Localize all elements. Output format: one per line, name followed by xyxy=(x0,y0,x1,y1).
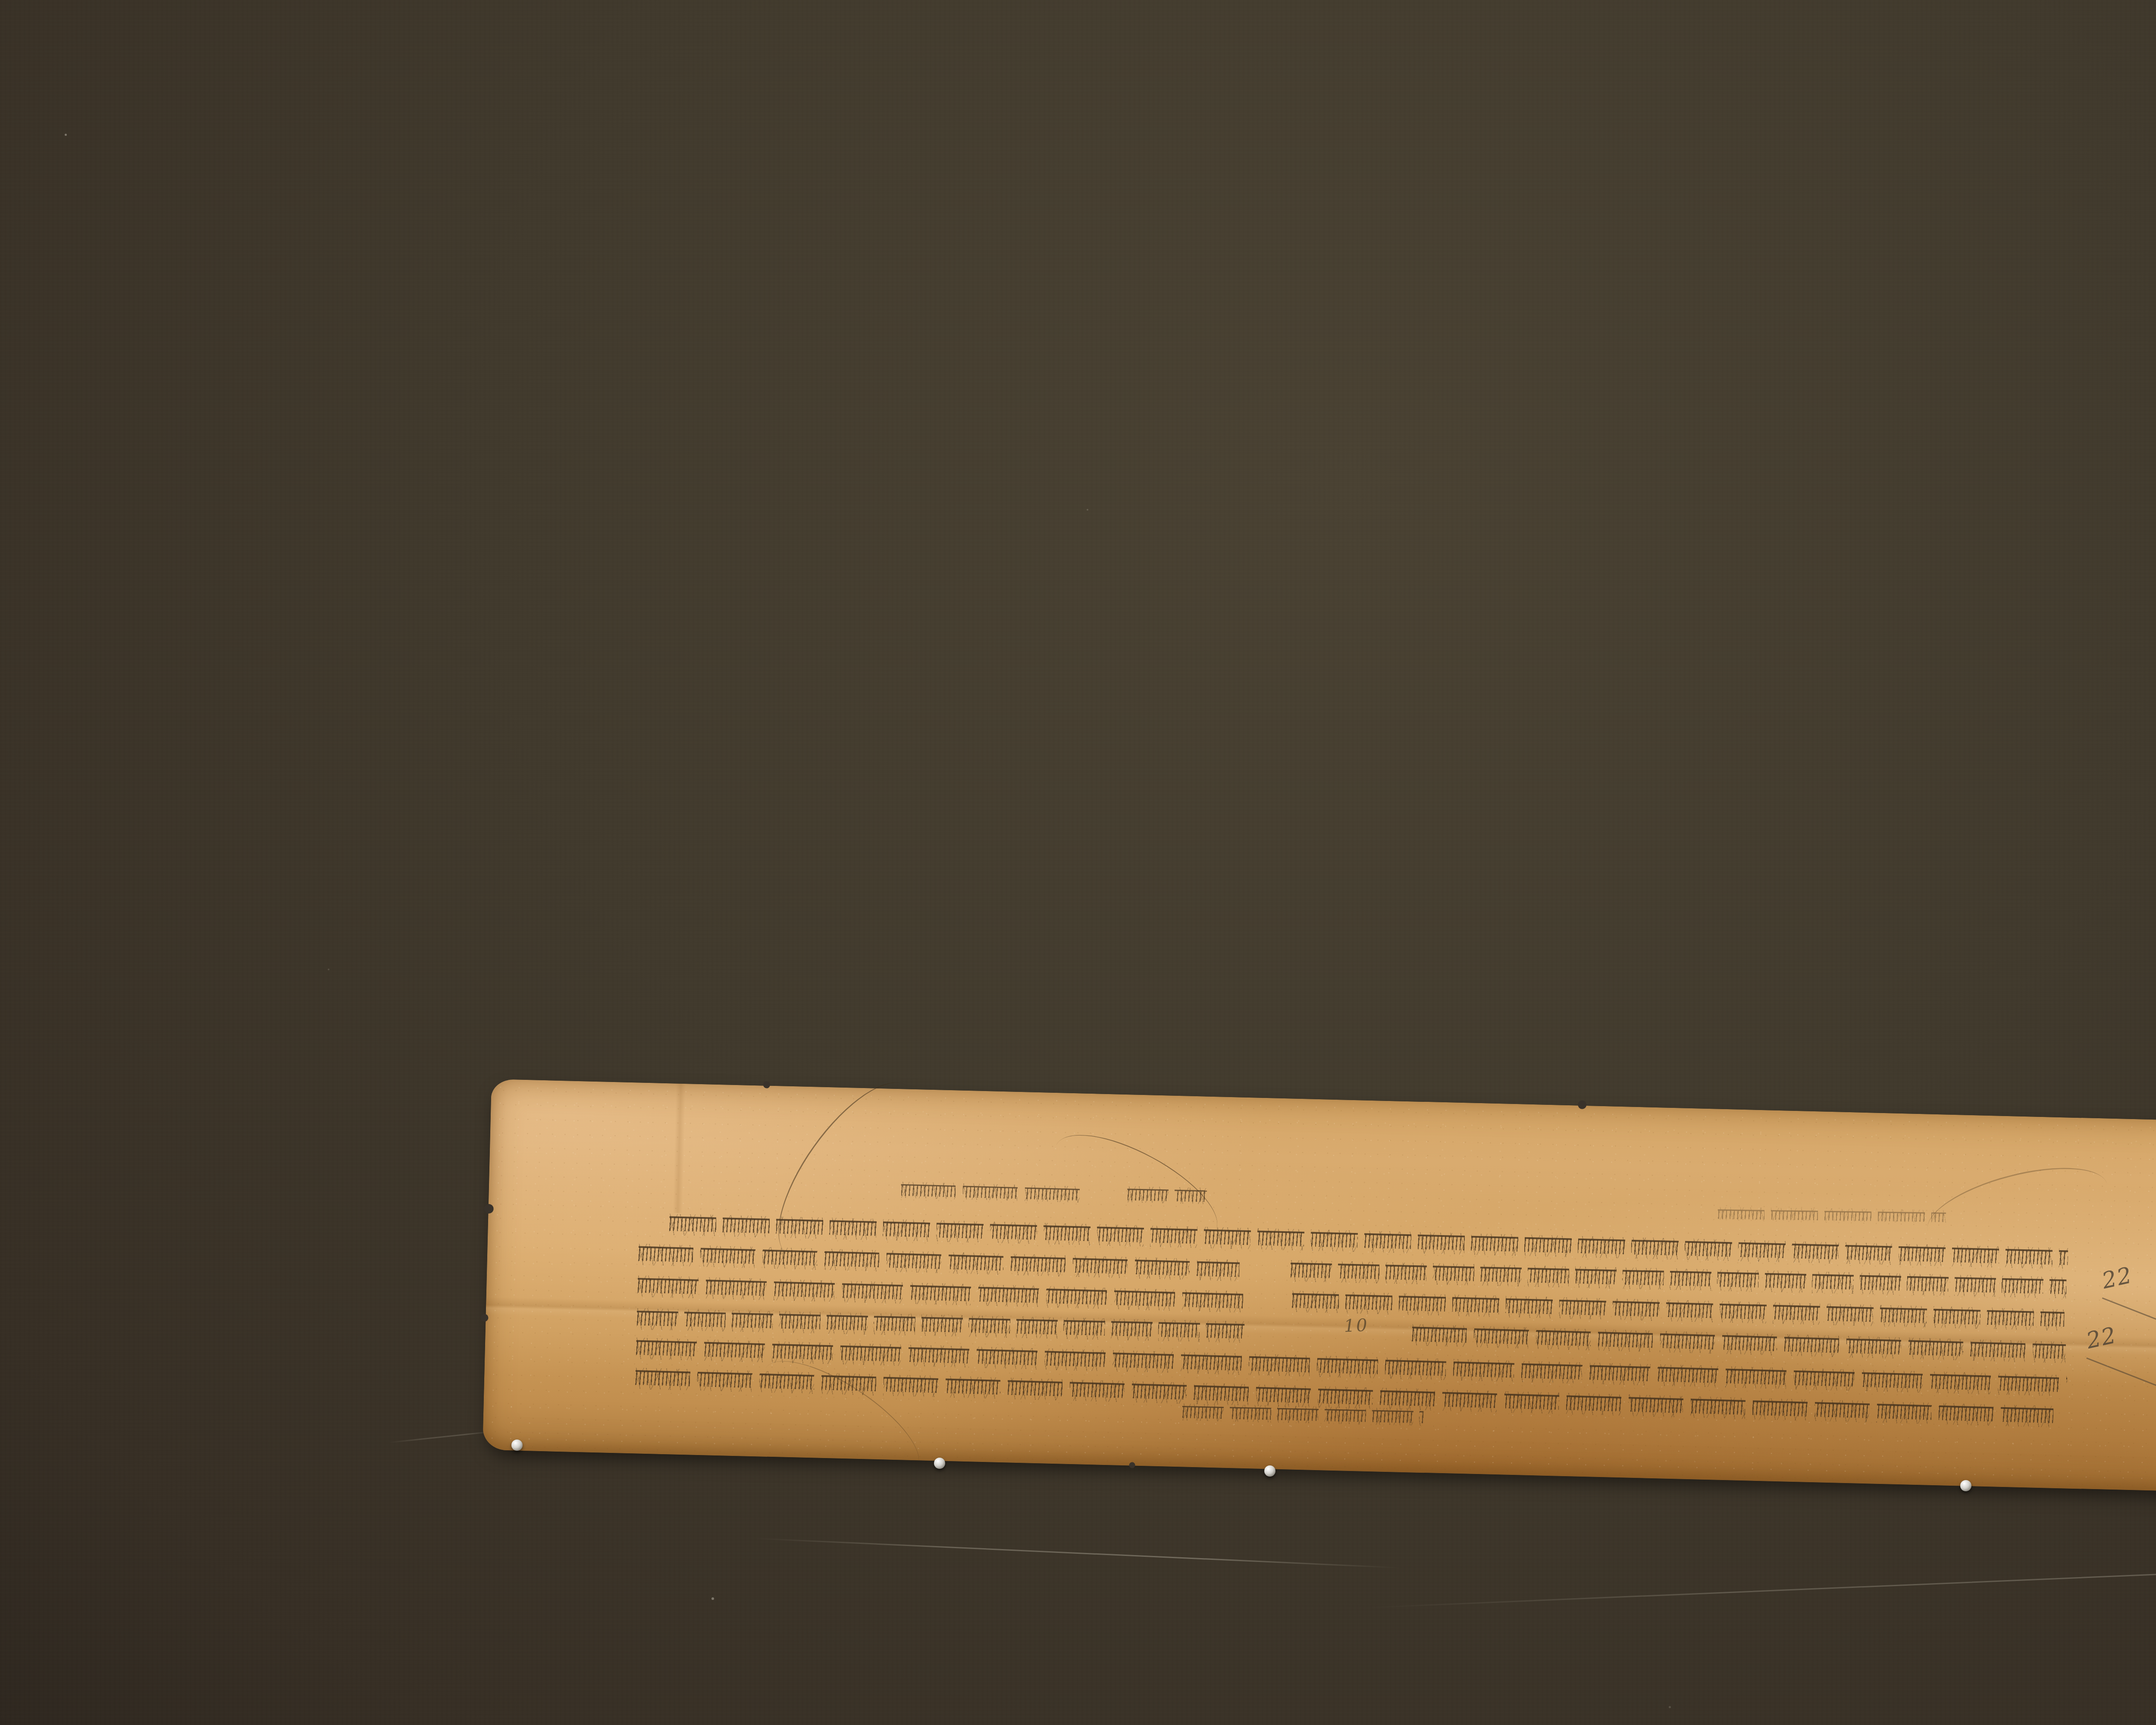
photograph-of-manuscript: { "scene": { "description": "Photograph … xyxy=(0,0,2156,1725)
folio-numeral: 10 xyxy=(1344,1315,1369,1336)
dust-speck xyxy=(328,969,329,970)
manuscript-leaf: 10 22 22 xyxy=(483,1079,2156,1492)
dust-speck xyxy=(711,1597,714,1600)
mounting-pin xyxy=(934,1458,945,1469)
mounting-pin xyxy=(1960,1480,1971,1491)
dust-speck xyxy=(1669,1706,1671,1708)
mounting-pin xyxy=(511,1440,523,1451)
dust-speck xyxy=(65,134,67,136)
mounting-pin xyxy=(1264,1465,1275,1477)
dust-speck xyxy=(1087,509,1088,511)
